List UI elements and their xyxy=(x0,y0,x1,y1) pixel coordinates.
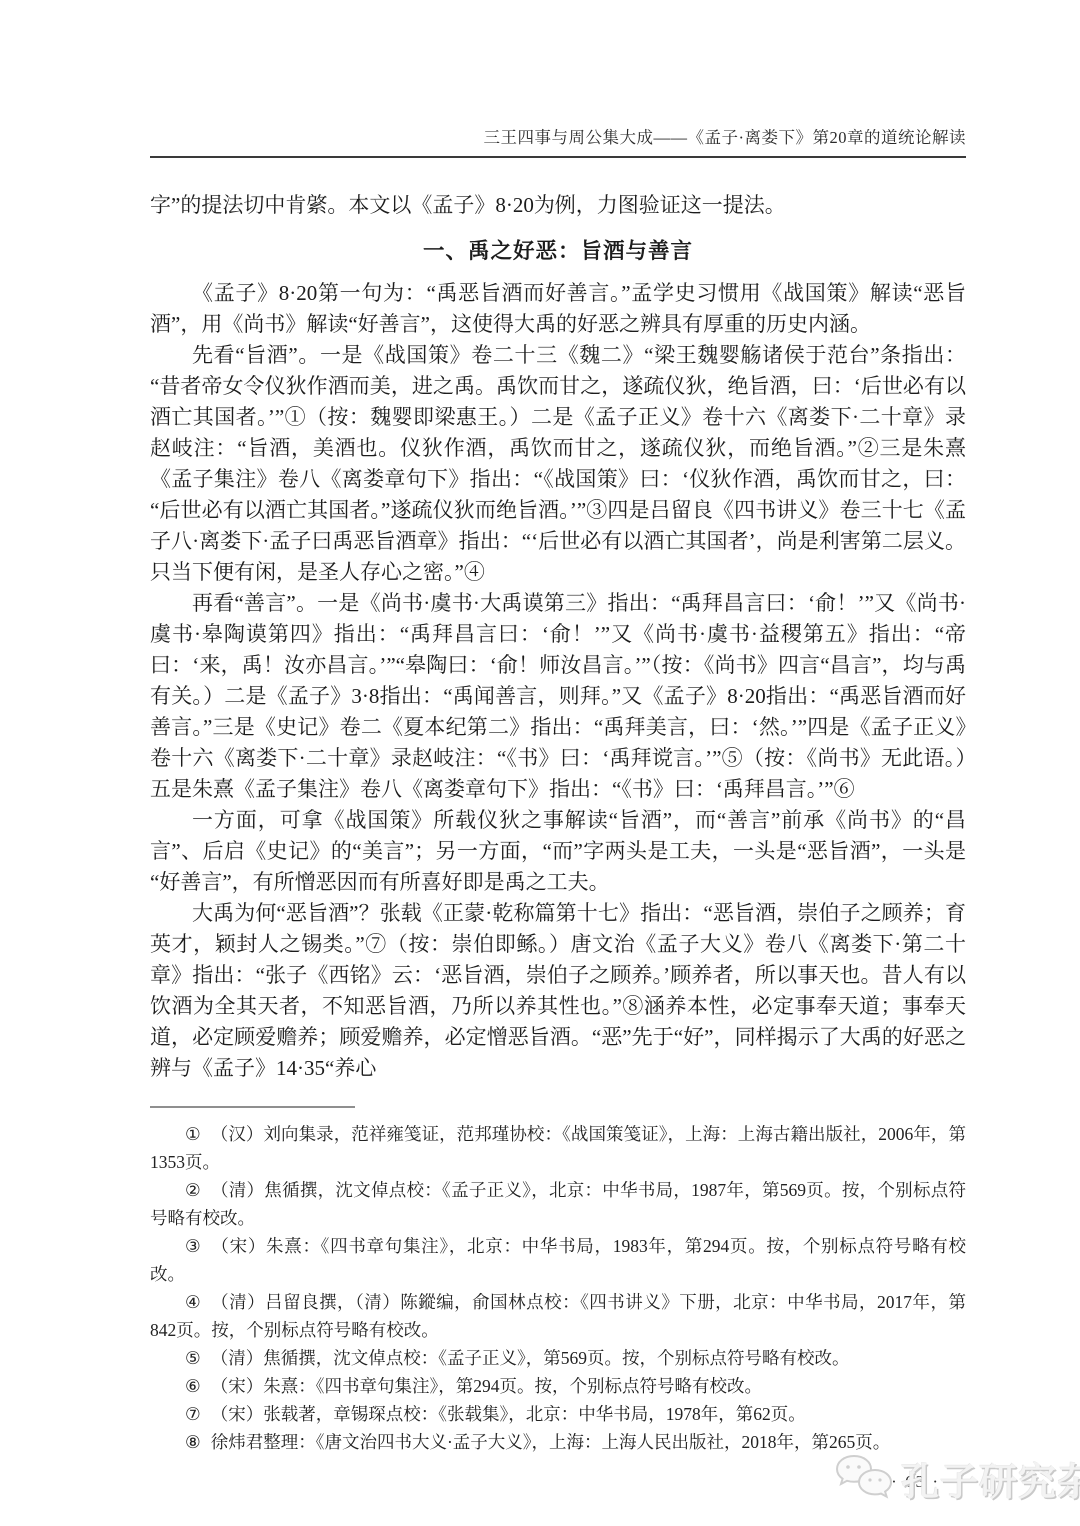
footnote-marker: ① xyxy=(185,1124,201,1144)
footnote-text: （宋）张载著，章锡琛点校：《张载集》，北京：中华书局，1978年，第62页。 xyxy=(211,1404,806,1424)
footnote: ③（宋）朱熹：《四书章句集注》，北京：中华书局，1983年，第294页。按，个别… xyxy=(150,1232,966,1288)
section-title: 一、禹之好恶：旨酒与善言 xyxy=(150,236,966,267)
footnote-marker: ⑧ xyxy=(185,1432,201,1452)
header-rule xyxy=(150,156,966,158)
publisher-watermark: 孔子研究杂志 xyxy=(833,1450,1080,1506)
footnote-separator xyxy=(150,1106,355,1108)
footnote: ⑤（清）焦循撰，沈文倬点校：《孟子正义》，第569页。按，个别标点符号略有校改。 xyxy=(150,1344,966,1372)
footnote-marker: ⑥ xyxy=(185,1376,201,1396)
paragraph: 再看“善言”。一是《尚书·虞书·大禹谟第三》指出：“禹拜昌言曰：‘俞！’”又《尚… xyxy=(150,588,966,805)
paragraph: 大禹为何“恶旨酒”？张载《正蒙·乾称篇第十七》指出：“恶旨酒，崇伯子之顾养；育英… xyxy=(150,898,966,1084)
footnote: ⑥（宋）朱熹：《四书章句集注》，第294页。按，个别标点符号略有校改。 xyxy=(150,1372,966,1400)
footnote-text: （汉）刘向集录，范祥雍笺证，范邦瑾协校：《战国策笺证》，上海：上海古籍出版社，2… xyxy=(150,1124,966,1172)
footnote-text: （宋）朱熹：《四书章句集注》，北京：中华书局，1983年，第294页。按，个别标… xyxy=(150,1236,966,1284)
running-head: 三王四事与周公集大成——《孟子·离娄下》第20章的道统论解读 xyxy=(150,124,966,148)
wechat-icon xyxy=(833,1450,895,1506)
article-body: 字”的提法切中肯綮。本文以《孟子》8·20为例，力图验证这一提法。 一、禹之好恶… xyxy=(150,190,966,1084)
footnotes: ①（汉）刘向集录，范祥雍笺证，范邦瑾协校：《战国策笺证》，上海：上海古籍出版社，… xyxy=(150,1120,966,1456)
footnote: ①（汉）刘向集录，范祥雍笺证，范邦瑾协校：《战国策笺证》，上海：上海古籍出版社，… xyxy=(150,1120,966,1176)
footnote-marker: ④ xyxy=(185,1292,201,1312)
footnote-marker: ⑤ xyxy=(185,1348,201,1368)
paragraph: 一方面，可拿《战国策》所载仪狄之事解读“旨酒”，而“善言”前承《尚书》的“昌言”… xyxy=(150,805,966,898)
footnote-text: （清）焦循撰，沈文倬点校：《孟子正义》，第569页。按，个别标点符号略有校改。 xyxy=(211,1348,850,1368)
journal-page: 三王四事与周公集大成——《孟子·离娄下》第20章的道统论解读 字”的提法切中肯綮… xyxy=(0,0,1080,1526)
footnote-marker: ② xyxy=(185,1180,201,1200)
watermark-text: 孔子研究杂志 xyxy=(901,1451,1080,1506)
intro-paragraph: 字”的提法切中肯綮。本文以《孟子》8·20为例，力图验证这一提法。 xyxy=(150,190,966,221)
footnote-marker: ⑦ xyxy=(185,1404,201,1424)
footnote-text: （宋）朱熹：《四书章句集注》，第294页。按，个别标点符号略有校改。 xyxy=(211,1376,762,1396)
page-content: 三王四事与周公集大成——《孟子·离娄下》第20章的道统论解读 字”的提法切中肯綮… xyxy=(150,0,966,1492)
footnote: ②（清）焦循撰，沈文倬点校：《孟子正义》，北京：中华书局，1987年，第569页… xyxy=(150,1176,966,1232)
paragraph: 先看“旨酒”。一是《战国策》卷二十三《魏二》“梁王魏婴觞诸侯于范台”条指出：“昔… xyxy=(150,340,966,588)
footnote-marker: ③ xyxy=(185,1236,201,1256)
footnote-text: （清）焦循撰，沈文倬点校：《孟子正义》，北京：中华书局，1987年，第569页。… xyxy=(150,1180,966,1228)
footnote-text: （清）吕留良撰，（清）陈鏦编，俞国林点校：《四书讲义》下册，北京：中华书局，20… xyxy=(150,1292,966,1340)
footnote: ④（清）吕留良撰，（清）陈鏦编，俞国林点校：《四书讲义》下册，北京：中华书局，2… xyxy=(150,1288,966,1344)
paragraph: 《孟子》8·20第一句为：“禹恶旨酒而好善言。”孟学史习惯用《战国策》解读“恶旨… xyxy=(150,278,966,340)
footnote: ⑦（宋）张载著，章锡琛点校：《张载集》，北京：中华书局，1978年，第62页。 xyxy=(150,1400,966,1428)
footnote-text: 徐炜君整理：《唐文治四书大义·孟子大义》，上海：上海人民出版社，2018年，第2… xyxy=(211,1432,891,1452)
